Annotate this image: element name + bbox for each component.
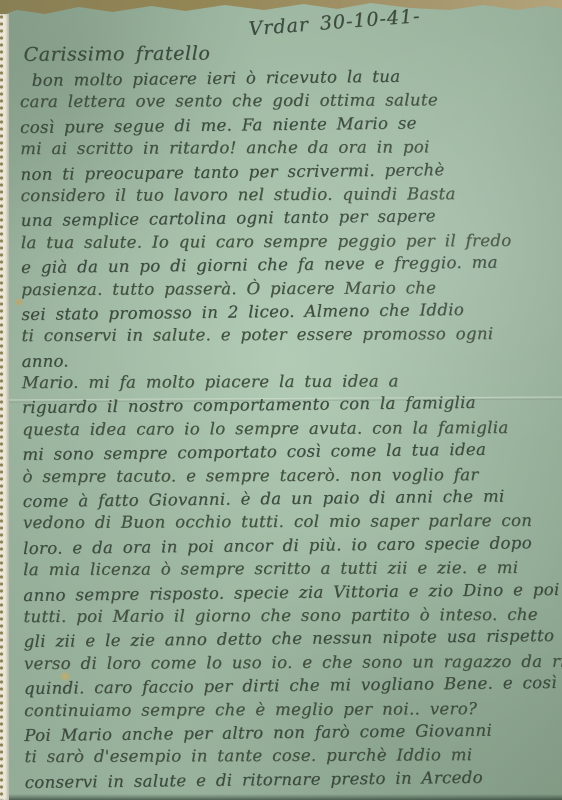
letter-line: e già da un po di giorni che fa neve e f… <box>21 250 561 280</box>
photo-background: Vrdar 30-10-41- Carissimo fratello bon m… <box>0 0 562 800</box>
bottom-edge-shadow <box>0 794 562 800</box>
salutation: Carissimo fratello <box>23 40 559 66</box>
letter-line: quindi. caro faccio per dirti che mi vog… <box>24 671 562 701</box>
letter-content: Vrdar 30-10-41- Carissimo fratello bon m… <box>0 12 562 793</box>
dateline: Vrdar 30-10-41- <box>248 0 559 40</box>
letter-paper: Vrdar 30-10-41- Carissimo fratello bon m… <box>0 0 562 800</box>
letter-line: conservi in salute e di ritornare presto… <box>25 765 562 795</box>
perforated-edge <box>0 14 9 800</box>
letter-body: bon molto piacere ieri ò ricevuto la tua… <box>20 64 562 793</box>
